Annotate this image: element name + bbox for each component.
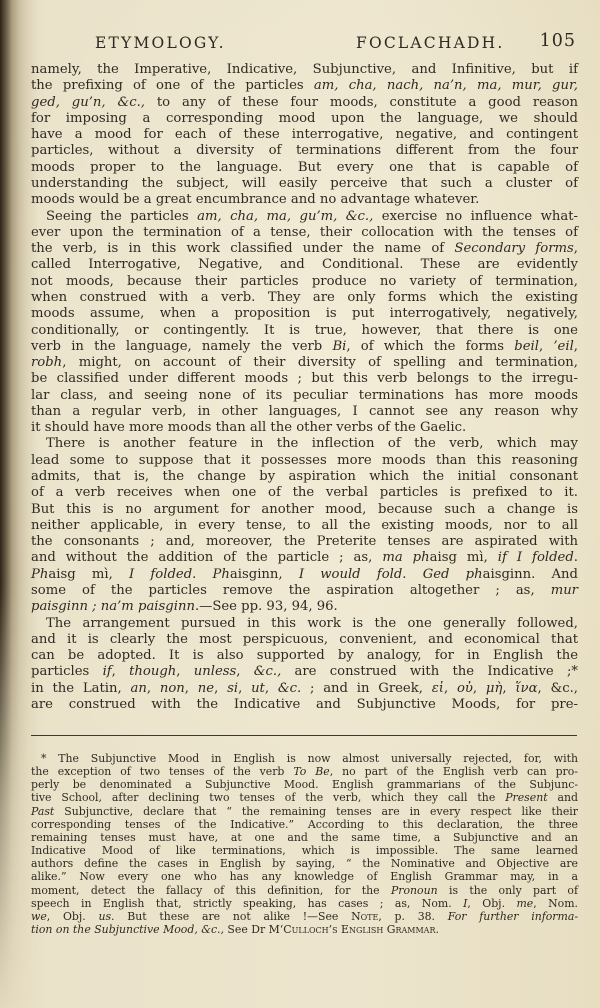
- text-line: The arrangement pursued in this work is …: [31, 616, 578, 632]
- text-line: some of the particles remove the aspirat…: [31, 583, 578, 599]
- text-line: alike.” Now every one who has any knowle…: [31, 870, 578, 883]
- text-line: lar class, and seeing none of its peculi…: [31, 388, 578, 404]
- text-line: understanding the subject, will easily p…: [31, 176, 578, 192]
- text-line: perly be denominated a Subjunctive Mood.…: [31, 778, 578, 791]
- text-line: moment, detect the fallacy of this defin…: [31, 884, 578, 897]
- page-number: 105: [540, 31, 576, 51]
- text-line: the consonants ; and, moreover, the Pret…: [31, 534, 578, 550]
- text-line: namely, the Imperative, Indicative, Subj…: [31, 62, 578, 78]
- text-line: it should have more moods than all the o…: [31, 420, 578, 436]
- page-header: ETYMOLOGY. FOCLACHADH. 105: [0, 34, 600, 56]
- text-line: have a mood for each of these interrogat…: [31, 127, 578, 143]
- text-line: moods proper to the language. But every …: [31, 160, 578, 176]
- text-line: particles if, though, unless, &c., are c…: [31, 664, 578, 680]
- text-line: can be adopted. It is also supported by …: [31, 648, 578, 664]
- text-line: ged, gu’n, &c., to any of these four moo…: [31, 95, 578, 111]
- text-line: There is another feature in the inflecti…: [31, 436, 578, 452]
- text-line: the exception of two tenses of the verb …: [31, 765, 578, 778]
- text-line: paisginn ; na’m paisginn.—See pp. 93, 94…: [31, 599, 578, 615]
- text-line: neither applicable, in every tense, to a…: [31, 518, 578, 534]
- text-line: Indicative Mood of like terminations, wh…: [31, 844, 578, 857]
- text-line: verb in the language, namely the verb Bi…: [31, 339, 578, 355]
- text-line: the prefixing of one of the particles am…: [31, 78, 578, 94]
- text-line: when construed with a verb. They are onl…: [31, 290, 578, 306]
- text-line: Past Subjunctive, declare that “ the rem…: [31, 805, 578, 818]
- text-line: in the Latin, an, non, ne, si, ut, &c. ;…: [31, 681, 578, 697]
- text-line: the verb, is in this work classified und…: [31, 241, 578, 257]
- text-line: and without the addition of the particle…: [31, 550, 578, 566]
- text-line: for imposing a corresponding mood upon t…: [31, 111, 578, 127]
- text-line: moods assume, when a proposition is put …: [31, 306, 578, 322]
- text-line: be classified under different moods ; bu…: [31, 371, 578, 387]
- text-line: ever upon the termination of a tense, th…: [31, 225, 578, 241]
- body-text: namely, the Imperative, Indicative, Subj…: [31, 62, 578, 713]
- text-line: not moods, because their particles produ…: [31, 274, 578, 290]
- text-line: robh, might, on account of their diversi…: [31, 355, 578, 371]
- text-line: But this is no argument for another mood…: [31, 502, 578, 518]
- running-title-left: ETYMOLOGY.: [95, 34, 226, 52]
- footnote-separator-rule: [31, 735, 577, 736]
- text-line: corresponding tenses of the Indicative.”…: [31, 818, 578, 831]
- text-line: speech in English that, strictly speakin…: [31, 897, 578, 910]
- text-line: authors define the cases in English by s…: [31, 857, 578, 870]
- book-page: ETYMOLOGY. FOCLACHADH. 105 namely, the I…: [0, 0, 600, 1008]
- text-line: called Interrogative, Negative, and Cond…: [31, 257, 578, 273]
- text-line: conditionally, or contingently. It is tr…: [31, 323, 578, 339]
- text-line: moods would be a great encumbrance and n…: [31, 192, 578, 208]
- text-line: lead some to suppose that it possesses m…: [31, 453, 578, 469]
- text-line: are construed with the Indicative and Su…: [31, 697, 578, 713]
- text-line: admits, that is, the change by aspiratio…: [31, 469, 578, 485]
- text-line: than a regular verb, in other languages,…: [31, 404, 578, 420]
- running-title-right: FOCLACHADH.: [356, 34, 504, 52]
- text-line: and it is clearly the most perspicuous, …: [31, 632, 578, 648]
- text-line: of a verb receives when one of the verba…: [31, 485, 578, 501]
- text-line: * The Subjunctive Mood in English is now…: [31, 752, 578, 765]
- text-line: remaining tenses must have, at one and t…: [31, 831, 578, 844]
- text-line: particles, without a diversity of termin…: [31, 143, 578, 159]
- text-line: Phaisg mì, I folded. Phaisginn, I would …: [31, 567, 578, 583]
- text-line: Seeing the particles am, cha, ma, gu’m, …: [31, 209, 578, 225]
- text-line: tive School, after declining two tenses …: [31, 791, 578, 804]
- footnote-text: * The Subjunctive Mood in English is now…: [31, 752, 578, 936]
- text-line: tion on the Subjunctive Mood, &c., See D…: [31, 923, 578, 936]
- text-line: we, Obj. us. But these are not alike !—S…: [31, 910, 578, 923]
